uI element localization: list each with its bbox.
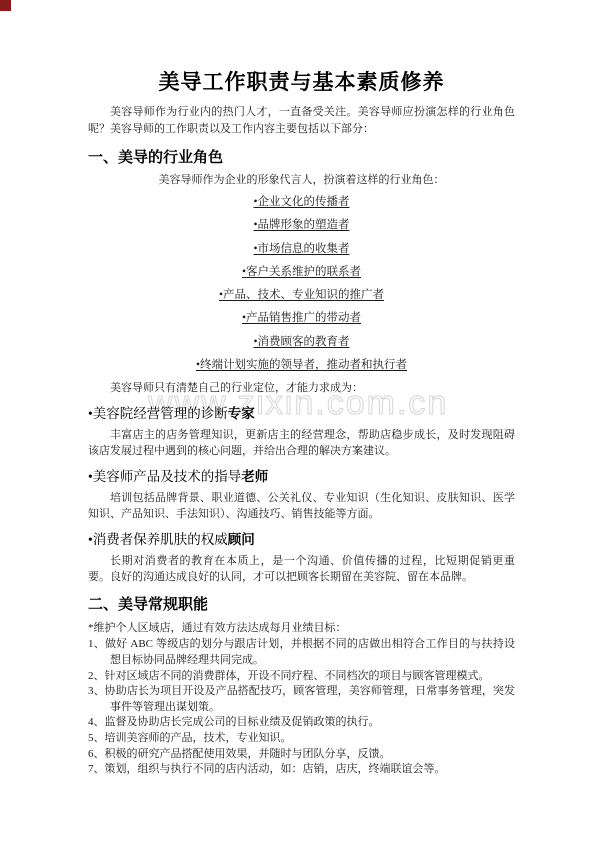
list-item: 4、监督及协助店长完成公司的目标业绩及促销政策的执行。 [88,715,515,731]
role-text: 品牌形象的塑造者 [258,219,350,231]
position-prefix: 美容院经营管理的诊断 [93,406,228,421]
list-item: •产品、技术、专业知识的推广者 [88,284,515,307]
section1-lead: 美容导师作为企业的形象代言人，扮演着这样的行业角色： [88,173,515,188]
list-item: 1、做好 ABC 等级店的划分与跟店计划，并根据不同的店做出相符合工作目的与扶持… [88,637,515,668]
position-desc-teacher: 培训包括品牌背景、职业道德、公关礼仪、专业知识（生化知识、皮肤知识、医学知识、产… [88,491,515,522]
list-item: 7、策划，组织与执行不同的店内活动，如：店销，店庆，终端联谊会等。 [88,762,515,778]
list-item: 3、协助店长为项目开设及产品搭配技巧，顾客管理，美容师管理，日常事务管理，突发事… [88,684,515,715]
section2-note: *维护个人区域店，通过有效方法达成每月业绩目标： [88,620,515,636]
position-bold: 专家 [228,406,255,421]
role-text: 产品、技术、专业知识的推广者 [223,289,384,301]
document-page: www.zixin.com.cn 美导工作职责与基本素质修养 美容导师作为行业内… [0,0,600,849]
position-prefix: 美容师产品及技术的指导 [93,469,242,484]
list-item: •终端计划实施的领导者，推动者和执行者 [88,354,515,377]
role-text: 产品销售推广的带动者 [246,312,361,324]
position-heading-expert: •美容院经营管理的诊断专家 [88,404,515,423]
role-text: 市场信息的收集者 [258,243,350,255]
position-bold: 老师 [241,469,268,484]
role-text: 消费顾客的教育者 [258,336,350,348]
list-item: •企业文化的传播者 [88,191,515,214]
list-item: 5、培训美容师的产品，技术，专业知识。 [88,731,515,747]
page-title: 美导工作职责与基本素质修养 [88,0,515,98]
position-prefix: 消费者保养肌肤的权威 [93,532,228,547]
role-text: 客户关系维护的联系者 [246,266,361,278]
role-text: 企业文化的传播者 [258,196,350,208]
section1-heading: 一、美导的行业角色 [88,148,515,168]
role-list: •企业文化的传播者 •品牌形象的塑造者 •市场信息的收集者 •客户关系维护的联系… [88,191,515,377]
section1-transition: 美容导师只有清楚自己的行业定位，才能力求成为： [88,380,515,396]
list-item: •品牌形象的塑造者 [88,214,515,237]
list-item: •产品销售推广的带动者 [88,307,515,330]
role-text: 终端计划实施的领导者，推动者和执行者 [200,359,407,371]
section2-heading: 二、美导常规职能 [88,595,515,615]
duty-list: 1、做好 ABC 等级店的划分与跟店计划，并根据不同的店做出相符合工作目的与扶持… [88,637,515,777]
list-item: •市场信息的收集者 [88,238,515,261]
list-item: •消费顾客的教育者 [88,331,515,354]
document-content: 美导工作职责与基本素质修养 美容导师作为行业内的热门人才，一直备受关注。美容导师… [0,0,600,778]
position-heading-teacher: •美容师产品及技术的指导老师 [88,467,515,486]
position-heading-advisor: •消费者保养肌肤的权威顾问 [88,530,515,549]
position-bold: 顾问 [228,532,255,547]
position-desc-expert: 丰富店主的店务管理知识，更新店主的经营理念，帮助店稳步成长，及时发现阻碍该店发展… [88,428,515,459]
intro-paragraph: 美容导师作为行业内的热门人才，一直备受关注。美容导师应扮演怎样的行业角色呢？美容… [88,104,515,138]
list-item: •客户关系维护的联系者 [88,261,515,284]
position-desc-advisor: 长期对消费者的教育在本质上，是一个沟通、价值传播的过程，比短期促销更重要。良好的… [88,554,515,585]
list-item: 6、积极的研究产品搭配使用效果，并随时与团队分享，反馈。 [88,747,515,763]
list-item: 2、针对区域店不同的消费群体，开设不同疗程、不同档次的项目与顾客管理模式。 [88,669,515,685]
